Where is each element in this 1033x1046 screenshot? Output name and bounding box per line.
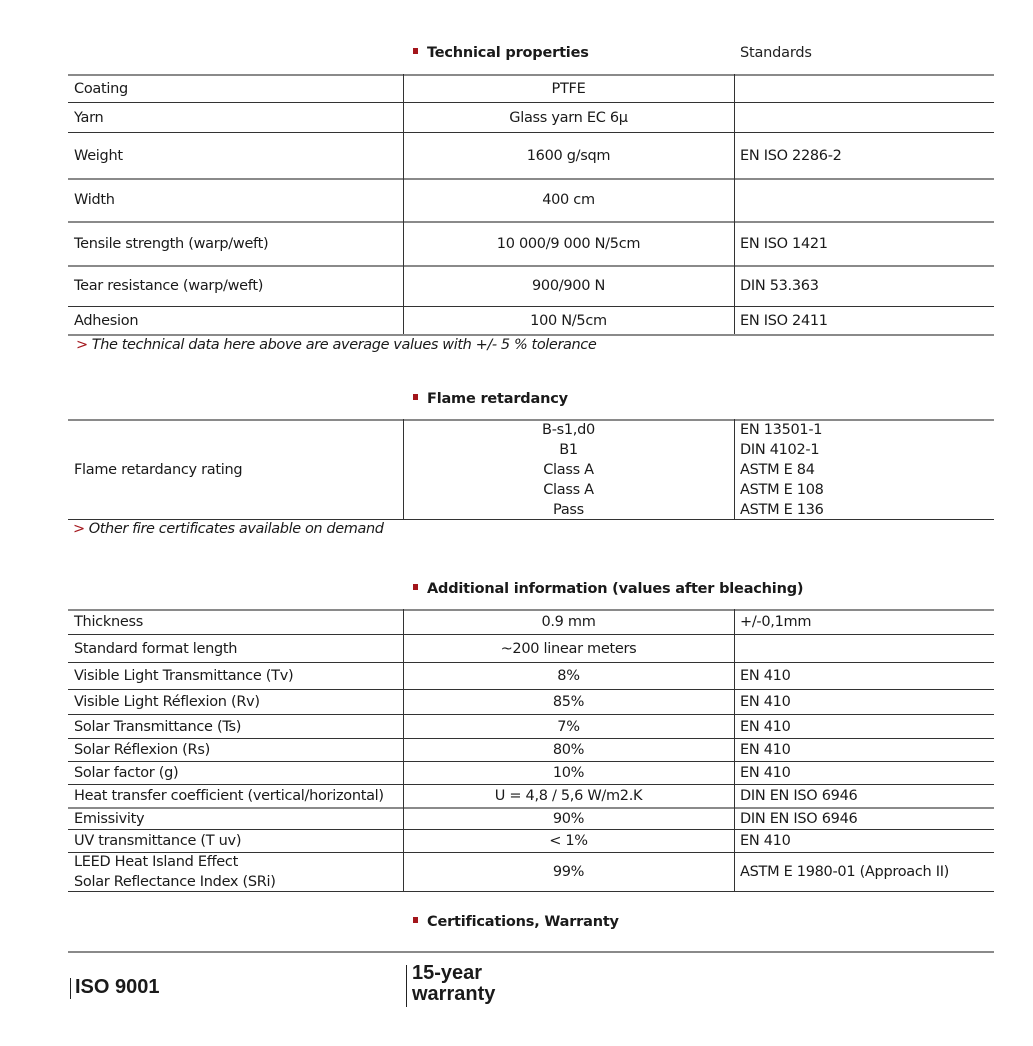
property-standard: EN 410 <box>740 762 990 784</box>
property-label: Tensile strength (warp/weft) <box>74 222 399 265</box>
section-title-text: Flame retardancy <box>427 391 568 407</box>
flame-standard: DIN 4102-1 <box>740 440 819 460</box>
section-title-text: Technical properties <box>427 45 589 61</box>
technical-note: >The technical data here above are avera… <box>76 337 596 353</box>
property-label: Visible Light Transmittance (Tv) <box>74 663 399 689</box>
property-label-line: LEED Heat Island Effect <box>74 852 238 872</box>
bullet-icon <box>413 48 418 54</box>
property-label: Visible Light Réflexion (Rv) <box>74 690 399 714</box>
divider-bar <box>70 978 71 999</box>
flame-note: >Other fire certificates available on de… <box>73 521 384 537</box>
property-label: Yarn <box>74 103 399 132</box>
property-value: 0.9 mm <box>404 610 733 634</box>
property-label: Width <box>74 179 399 221</box>
property-standard <box>740 103 990 132</box>
flame-standards: EN 13501-1DIN 4102-1ASTM E 84ASTM E 108A… <box>740 420 990 519</box>
property-label: Tear resistance (warp/weft) <box>74 266 399 306</box>
property-label: LEED Heat Island EffectSolar Reflectance… <box>74 853 399 891</box>
property-value: 99% <box>404 853 733 891</box>
section-title-text: Certifications, Warranty <box>427 914 619 930</box>
property-value: 10 000/9 000 N/5cm <box>404 222 733 265</box>
property-standard: DIN EN ISO 6946 <box>740 785 990 807</box>
arrow-icon: > <box>76 337 88 353</box>
column-divider <box>734 609 735 891</box>
property-value: 8% <box>404 663 733 689</box>
property-label: Solar Réflexion (Rs) <box>74 739 399 761</box>
property-standard <box>740 75 990 102</box>
bullet-icon <box>413 584 418 590</box>
property-standard: DIN EN ISO 6946 <box>740 808 990 829</box>
warranty-line-2: warranty <box>412 984 495 1005</box>
flame-standard: ASTM E 108 <box>740 480 824 500</box>
property-label: Thickness <box>74 610 399 634</box>
property-standard: EN 410 <box>740 715 990 738</box>
flame-values: B-s1,d0B1Class AClass APass <box>404 420 733 519</box>
property-value: PTFE <box>404 75 733 102</box>
flame-value: Class A <box>543 460 594 480</box>
property-standard: EN 410 <box>740 739 990 761</box>
property-label: UV transmittance (T uv) <box>74 830 399 852</box>
property-standard: EN ISO 2411 <box>740 307 990 334</box>
divider-bar <box>406 965 407 1007</box>
property-standard <box>740 179 990 221</box>
property-label: Solar Transmittance (Ts) <box>74 715 399 738</box>
property-value: 100 N/5cm <box>404 307 733 334</box>
property-label-line: Solar Reflectance Index (SRi) <box>74 872 276 892</box>
property-value: U = 4,8 / 5,6 W/m2.K <box>404 785 733 807</box>
property-label: Heat transfer coefficient (vertical/hori… <box>74 785 399 807</box>
flame-standard: ASTM E 84 <box>740 460 815 480</box>
property-value: 900/900 N <box>404 266 733 306</box>
section-title-technical: Technical properties <box>413 45 589 61</box>
property-label: Adhesion <box>74 307 399 334</box>
table-rule <box>68 334 994 336</box>
property-value: 400 cm <box>404 179 733 221</box>
technical-note-text: The technical data here above are averag… <box>92 337 597 353</box>
iso-certification: ISO 9001 <box>75 976 160 999</box>
property-standard: EN 410 <box>740 830 990 852</box>
flame-standard: ASTM E 136 <box>740 500 824 520</box>
property-label: Coating <box>74 75 399 102</box>
bullet-icon <box>413 917 418 923</box>
column-divider <box>734 74 735 334</box>
property-value: < 1% <box>404 830 733 852</box>
flame-value: Pass <box>553 500 584 520</box>
section-title-certifications: Certifications, Warranty <box>413 914 619 930</box>
divider <box>68 951 994 953</box>
arrow-icon: > <box>73 521 85 537</box>
property-standard: ASTM E 1980-01 (Approach II) <box>740 853 990 891</box>
property-standard: EN 410 <box>740 663 990 689</box>
table-rule <box>68 519 994 520</box>
property-value: 90% <box>404 808 733 829</box>
property-label: Solar factor (g) <box>74 762 399 784</box>
flame-value: Class A <box>543 480 594 500</box>
property-value: ~200 linear meters <box>404 635 733 662</box>
property-standard: EN 410 <box>740 690 990 714</box>
column-divider <box>734 419 735 519</box>
property-value: 7% <box>404 715 733 738</box>
property-standard: DIN 53.363 <box>740 266 990 306</box>
flame-value: B1 <box>559 440 578 460</box>
bullet-icon <box>413 394 418 400</box>
property-standard: +/-0,1mm <box>740 610 990 634</box>
property-label: Standard format length <box>74 635 399 662</box>
property-value: 1600 g/sqm <box>404 133 733 178</box>
flame-standard: EN 13501-1 <box>740 420 822 440</box>
section-title-text: Additional information (values after ble… <box>427 581 803 597</box>
property-value: 85% <box>404 690 733 714</box>
property-label: Flame retardancy rating <box>74 420 399 519</box>
property-value: 80% <box>404 739 733 761</box>
property-label: Weight <box>74 133 399 178</box>
property-standard <box>740 635 990 662</box>
warranty-line-1: 15-year <box>412 963 495 984</box>
section-title-additional: Additional information (values after ble… <box>413 581 803 597</box>
standards-header: Standards <box>740 45 812 61</box>
property-standard: EN ISO 1421 <box>740 222 990 265</box>
section-title-flame: Flame retardancy <box>413 391 568 407</box>
flame-value: B-s1,d0 <box>542 420 595 440</box>
property-value: 10% <box>404 762 733 784</box>
warranty-badge: 15-year warranty <box>412 963 495 1005</box>
property-value: Glass yarn EC 6µ <box>404 103 733 132</box>
flame-note-text: Other fire certificates available on dem… <box>89 521 384 537</box>
property-standard: EN ISO 2286-2 <box>740 133 990 178</box>
property-label: Emissivity <box>74 808 399 829</box>
